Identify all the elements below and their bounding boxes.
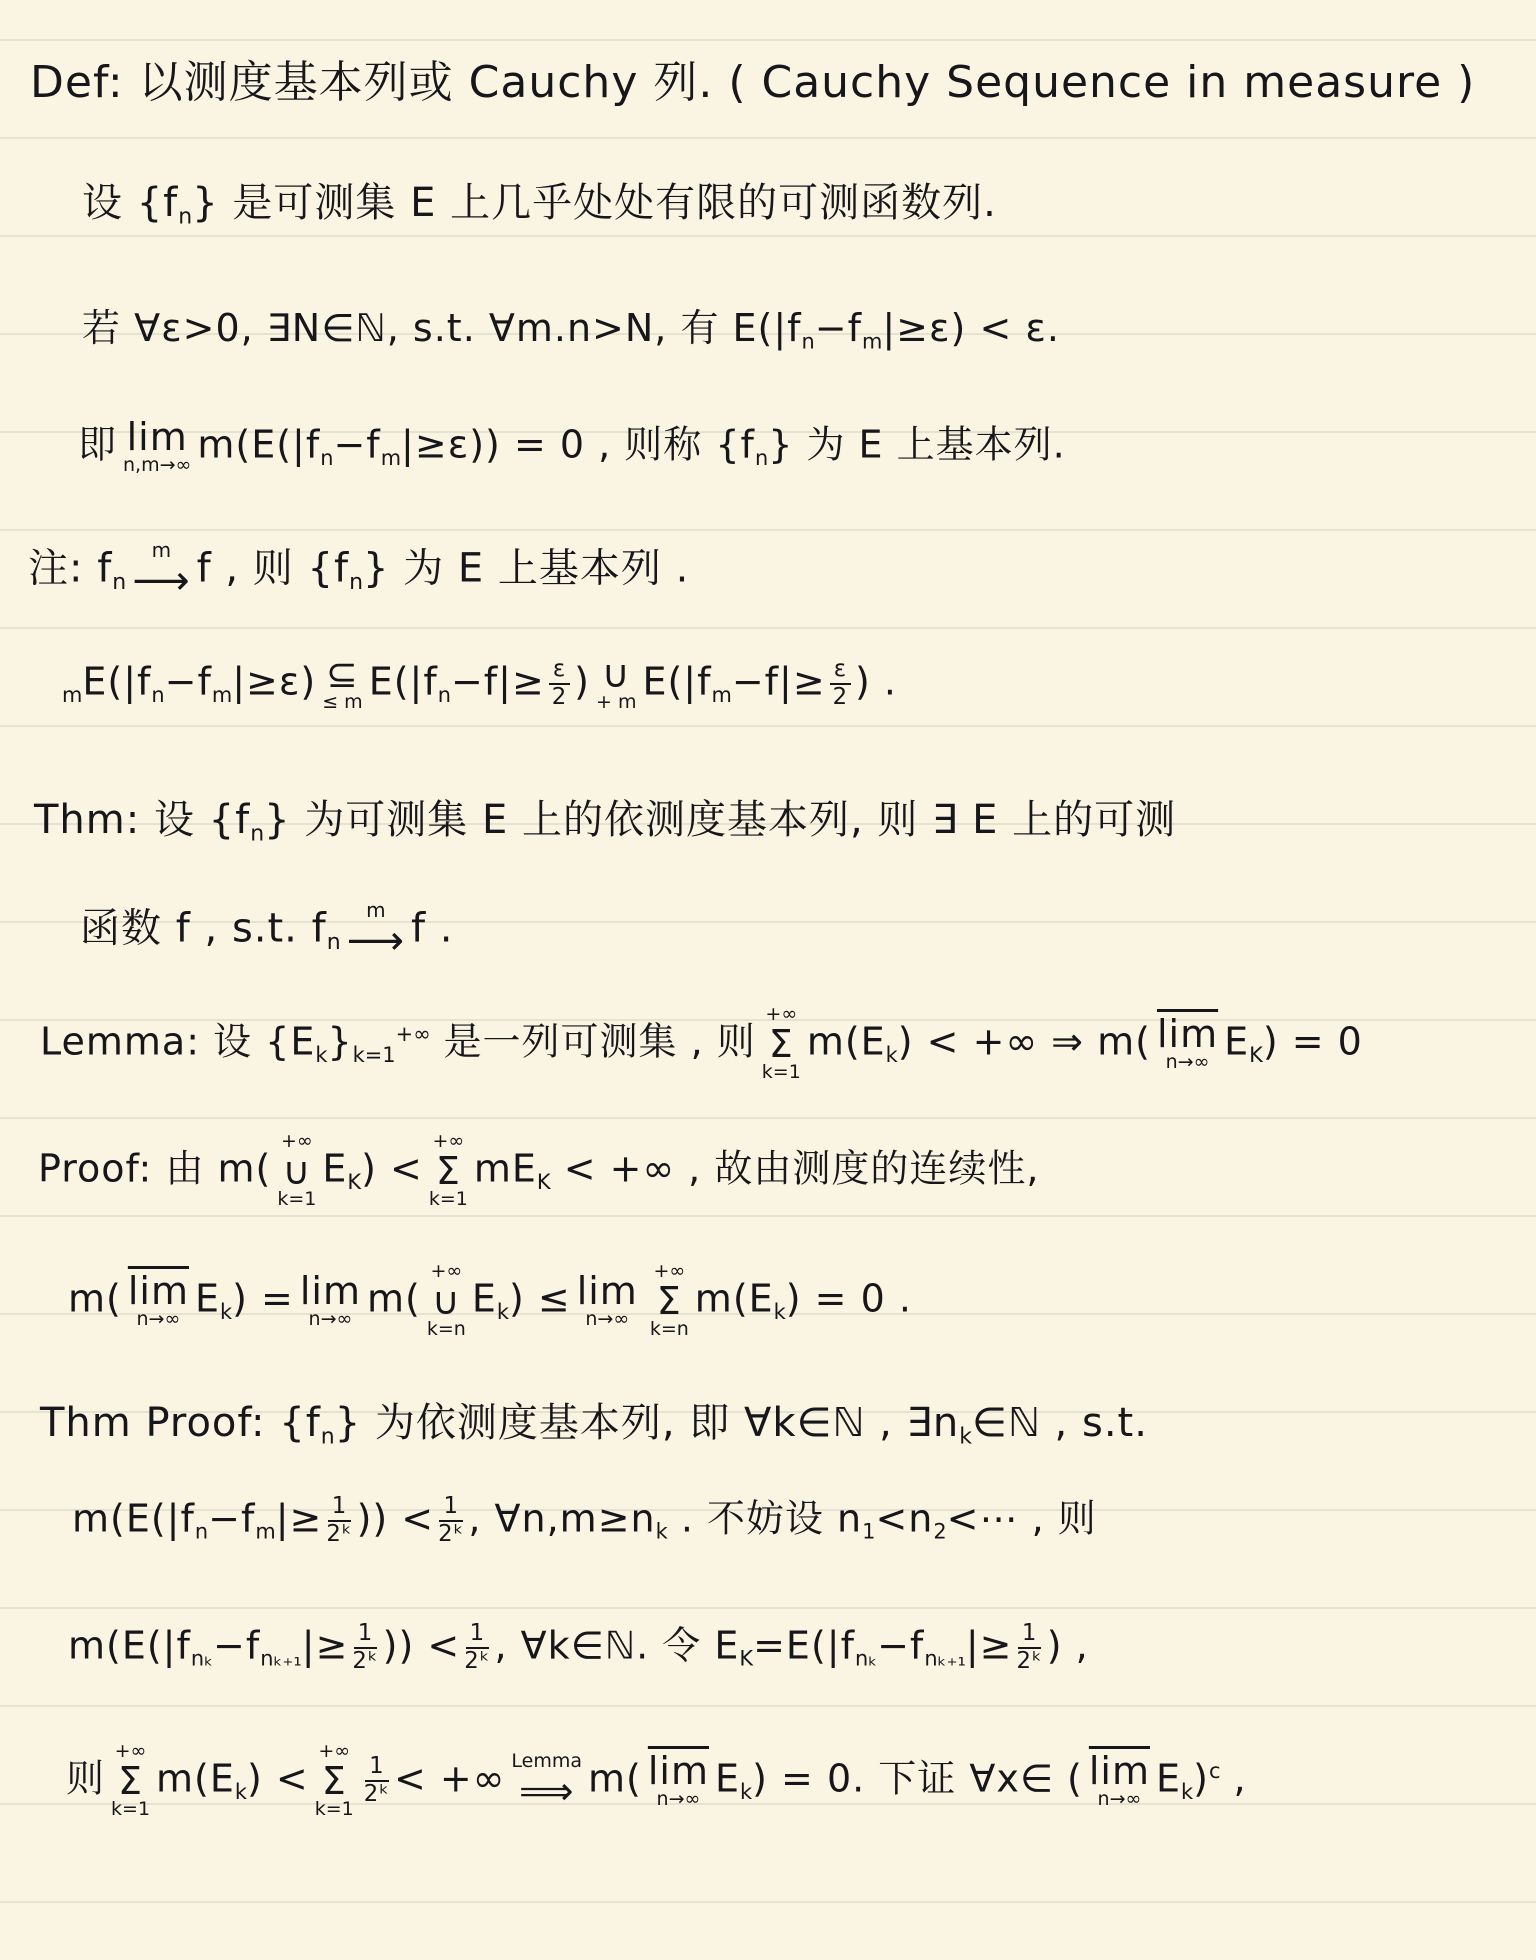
theorem-proof-line-3: m(E(|fnₖ−fnₖ₊₁|≥12ᵏ)) <12ᵏ, ∀k∈ℕ. 令 EK=E…: [68, 1622, 1089, 1674]
definition-title: Def: 以测度基本列或 Cauchy 列. ( Cauchy Sequence…: [30, 55, 1475, 110]
remark-line: 注: fnm⟶f , 则 {fn} 为 E 上基本列 .: [28, 540, 689, 601]
theorem-proof-line-1: Thm Proof: {fn} 为依测度基本列, 即 ∀k∈ℕ , ∃nk∈ℕ …: [40, 1398, 1148, 1451]
lemma-proof-line-1: Proof: 由 m(+∞∪k=1EK) <+∞Σk=1mEK < +∞ , 故…: [38, 1132, 1039, 1210]
notes-page: Def: 以测度基本列或 Cauchy 列. ( Cauchy Sequence…: [0, 0, 1536, 1960]
definition-body-1: 设 {fn} 是可测集 E 上几乎处处有限的可测函数列.: [82, 178, 997, 231]
lemma-proof-line-2: m(limn→∞Ek) =limn→∞m(+∞∪k=nEk) ≤limn→∞+∞…: [68, 1262, 912, 1340]
definition-body-2: 若 ∀ε>0, ∃N∈ℕ, s.t. ∀m.n>N, 有 E(|fn−fm|≥ε…: [82, 305, 1060, 354]
theorem-proof-line-4: 则+∞Σk=1m(Ek) <+∞Σk=112ᵏ< +∞Lemma⟹m(limn→…: [66, 1742, 1247, 1820]
theorem-line-1: Thm: 设 {fn} 为可测集 E 上的依测度基本列, 则 ∃ E 上的可测: [34, 795, 1176, 848]
remark-inclusion: mE(|fn−fm|≥ε)⊆≤ mE(|fn−f|≥ε2)∪+ mE(|fm−f…: [62, 655, 897, 713]
lemma-line: Lemma: 设 {Ek}k=1+∞ 是一列可测集 , 则+∞Σk=1m(Ek)…: [40, 1005, 1363, 1083]
definition-body-3: 即limn,m→∞m(E(|fn−fm|≥ε)) = 0 , 则称 {fn} 为…: [78, 418, 1066, 476]
theorem-line-2: 函数 f , s.t. fnm⟶f .: [80, 900, 454, 961]
theorem-proof-line-2: m(E(|fn−fm|≥12ᵏ)) <12ᵏ, ∀n,m≥nk . 不妨设 n1…: [72, 1495, 1097, 1547]
